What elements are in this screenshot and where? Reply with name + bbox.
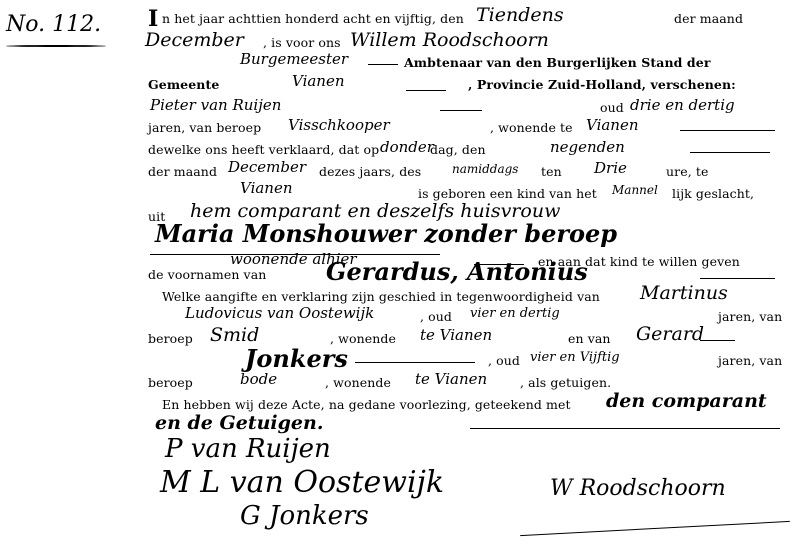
line2-month: December (145, 31, 244, 50)
line8-print-b: dezes jaars, des (319, 166, 421, 179)
signature-witness1: M L van Oostewijk (160, 468, 444, 498)
line7-weekday: donder (380, 140, 434, 155)
rule (470, 428, 780, 429)
line4-municipality: Vianen (292, 74, 345, 89)
line9-print-b: lijk geslacht, (672, 188, 754, 201)
rule (520, 521, 790, 536)
line6-occupation: Visschkooper (288, 118, 390, 133)
line17-witness2-age: vier en Vijftig (530, 351, 620, 364)
rule (680, 130, 775, 131)
drop-cap: I (148, 8, 158, 30)
signature-official: W Roodschoorn (550, 478, 726, 500)
line19-signed-with: den comparant (606, 392, 767, 411)
line18-print-c: , als getuigen. (520, 377, 611, 390)
line8-time-of-day: namiddags (452, 163, 518, 175)
line15-witness1-name: Ludovicus van Oostewijk (185, 306, 374, 321)
line5-declarant: Pieter van Ruijen (150, 98, 281, 113)
line6-residence: Vianen (586, 118, 639, 133)
line18-print-a: beroep (148, 377, 193, 390)
line17-print-b: jaren, van (718, 355, 782, 368)
line6-print-b: , wonende te (490, 122, 573, 135)
line16-witness1-residence: te Vianen (420, 328, 492, 343)
rule (355, 362, 475, 363)
line18-witness2-occupation: bode (240, 372, 277, 387)
line6-print-a: jaren, van beroep (148, 122, 261, 135)
line8-print-a: der maand (148, 166, 217, 179)
line15-print-a: , oud (420, 311, 452, 324)
line9-print-a: is geboren een kind van het (418, 188, 597, 201)
line13-print: de voornamen van (148, 269, 266, 282)
record-number-underline (6, 45, 106, 47)
line14-print: Welke aangifte en verklaring zijn geschi… (162, 291, 600, 304)
line8-print-c: ten (541, 166, 562, 179)
line3-title: Burgemeester (240, 52, 348, 67)
signature-declarant: P van Ruijen (165, 436, 331, 462)
line1-day: Tiendens (476, 6, 564, 25)
line8-hour: Drie (594, 161, 627, 176)
line1-print-b: der maand (674, 13, 743, 26)
line7-print-a: dewelke ons heeft verklaard, dat op (148, 144, 379, 157)
line16-witness2-first: Gerard (636, 325, 704, 344)
line8-month: December (228, 160, 306, 175)
line13-child-names: Gerardus, Antonius (326, 260, 588, 284)
line16-print-a: beroep (148, 333, 193, 346)
line18-print-b: , wonende (325, 377, 391, 390)
rule (690, 152, 770, 153)
rule (700, 340, 735, 341)
line15-witness1-age: vier en dertig (470, 307, 560, 320)
line4-print-a: Gemeente (148, 79, 219, 92)
line16-print-c: en van (568, 333, 611, 346)
rule (406, 90, 446, 91)
civil-birth-record-page: No. 112. I n het jaar achttien honderd a… (0, 0, 800, 540)
rule (440, 110, 482, 111)
line17-witness2-name: Jonkers (245, 347, 348, 371)
line5-age: drie en dertig (630, 98, 735, 113)
line16-witness1-occupation: Smid (210, 326, 259, 345)
line5-print: oud (600, 102, 624, 115)
line20-witnesses: en de Getuigen. (155, 414, 323, 433)
line8-print-d: ure, te (666, 166, 709, 179)
line2-print: , is voor ons (263, 37, 341, 50)
line3-print: Ambtenaar van den Burgerlijken Stand der (404, 57, 711, 70)
line9-birthplace: Vianen (240, 181, 293, 196)
line2-official-name: Willem Roodschoorn (350, 31, 549, 50)
line9-sex: Mannel (612, 184, 658, 196)
record-number: No. 112. (6, 12, 101, 37)
line15-print-b: jaren, van (718, 311, 782, 324)
line7-birth-day: negenden (550, 140, 625, 155)
signature-witness2: G Jonkers (240, 503, 369, 529)
line18-witness2-residence: te Vianen (415, 372, 487, 387)
line14-witness1-first: Martinus (640, 284, 728, 303)
line1-print-a: n het jaar achttien honderd acht en vijf… (162, 13, 464, 26)
line17-print-a: , oud (488, 355, 520, 368)
line11-mother: Maria Monshouwer zonder beroep (155, 222, 617, 246)
rule (368, 64, 398, 65)
line7-print-b: dag, den (430, 144, 486, 157)
line4-print-b: , Provincie Zuid-Holland, verschenen: (468, 79, 736, 92)
line19-print: En hebben wij deze Acte, na gedane voorl… (162, 399, 571, 412)
rule (700, 278, 775, 279)
